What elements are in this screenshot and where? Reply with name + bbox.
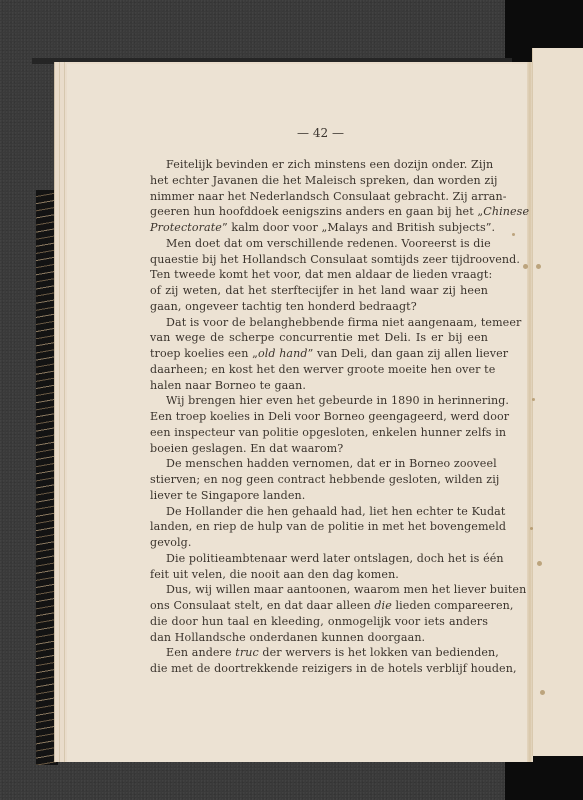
foxing-spot <box>512 233 515 236</box>
text-line: De Hollander die hen gehaald had, liet h… <box>150 504 488 520</box>
text-run: of zij weten, dat het sterftecijfer in h… <box>150 284 488 297</box>
text-run: gevolg. <box>150 536 192 549</box>
foxing-spot <box>536 264 541 269</box>
foxing-spot <box>532 398 535 401</box>
text-run: van wege de scherpe concurrentie met Del… <box>150 331 488 344</box>
text-run: boeien geslagen. En dat waarom? <box>150 442 343 455</box>
text-run: liever te Singapore landen. <box>150 489 305 502</box>
text-line: Dat is voor de belanghebbende firma niet… <box>150 315 488 331</box>
text-run: een inspecteur van politie opgesloten, e… <box>150 426 506 439</box>
page-number: — 42 — <box>29 126 583 140</box>
italic-run: old hand <box>258 347 308 360</box>
text-run: quaestie bij het Hollandsch Consulaat so… <box>150 253 520 266</box>
text-line: halen naar Borneo te gaan. <box>150 378 488 394</box>
text-run: De Hollander die hen gehaald had, liet h… <box>166 505 505 518</box>
text-run: nimmer naar het Nederlandsch Consulaat g… <box>150 190 507 203</box>
text-line: Feitelijk bevinden er zich minstens een … <box>150 157 488 173</box>
text-run: die met de doortrekkende reizigers in de… <box>150 662 517 675</box>
text-run: Ten tweede komt het voor, dat men aldaar… <box>150 268 492 281</box>
text-run: der wervers is het lokken van bedienden, <box>259 646 499 659</box>
foxing-spot <box>537 561 542 566</box>
text-run: Die politieambtenaar werd later ontslage… <box>166 552 504 565</box>
text-run: Een troep koelies in Deli voor Borneo ge… <box>150 410 509 423</box>
text-run: ons Consulaat stelt, en dat daar alleen <box>150 599 374 612</box>
text-run: feit uit velen, die nooit aan den dag ko… <box>150 568 399 581</box>
text-line: daarheen; en kost het den werver groote … <box>150 362 488 378</box>
text-run: ” kalm door voor „Malays and British sub… <box>222 221 495 234</box>
text-line: een inspecteur van politie opgesloten, e… <box>150 425 488 441</box>
text-line: gaan, ongeveer tachtig ten honderd bedra… <box>150 299 488 315</box>
text-line: troep koelies een „old hand” van Deli, d… <box>150 346 488 362</box>
facing-page <box>532 48 583 756</box>
text-run: die door hun taal en kleeding, onmogelij… <box>150 615 488 628</box>
text-line: stierven; en nog geen contract hebbende … <box>150 472 488 488</box>
text-run: lieden compareeren, <box>392 599 514 612</box>
italic-run: truc <box>235 646 259 659</box>
text-line: van wege de scherpe concurrentie met Del… <box>150 330 488 346</box>
text-line: Wij brengen hier even het gebeurde in 18… <box>150 393 488 409</box>
text-run: geeren hun hoofddoek eenigszins anders e… <box>150 205 483 218</box>
text-line: De menschen hadden vernomen, dat er in B… <box>150 456 488 472</box>
text-run: troep koelies een „ <box>150 347 258 360</box>
foxing-spot <box>540 690 545 695</box>
text-line: Een andere truc der wervers is het lokke… <box>150 645 488 661</box>
text-run: Dus, wij willen maar aantoonen, waarom m… <box>166 583 526 596</box>
italic-run: Chinese <box>483 205 529 218</box>
text-run: Een andere <box>166 646 235 659</box>
text-run: Men doet dat om verschillende redenen. V… <box>166 237 491 250</box>
text-run: daarheen; en kost het den werver groote … <box>150 363 495 376</box>
italic-run: Protectorate <box>150 221 222 234</box>
text-line: Die politieambtenaar werd later ontslage… <box>150 551 488 567</box>
text-line: dan Hollandsche onderdanen kunnen doorga… <box>150 630 488 646</box>
text-run: het echter Javanen die het Maleisch spre… <box>150 174 498 187</box>
italic-run: die <box>374 599 392 612</box>
text-line: quaestie bij het Hollandsch Consulaat so… <box>150 252 488 268</box>
text-line: gevolg. <box>150 535 488 551</box>
foxing-spot <box>530 527 533 530</box>
text-line: Protectorate” kalm door voor „Malays and… <box>150 220 488 236</box>
text-line: boeien geslagen. En dat waarom? <box>150 441 488 457</box>
text-run: Feitelijk bevinden er zich minstens een … <box>166 158 493 171</box>
text-line: ons Consulaat stelt, en dat daar alleen … <box>150 598 488 614</box>
text-line: Ten tweede komt het voor, dat men aldaar… <box>150 267 488 283</box>
text-run: landen, en riep de hulp van de politie i… <box>150 520 506 533</box>
foxing-spot <box>523 264 528 269</box>
text-line: die door hun taal en kleeding, onmogelij… <box>150 614 488 630</box>
body-text: Feitelijk bevinden er zich minstens een … <box>150 157 488 677</box>
text-run: ” van Deli, dan gaan zij allen liever <box>308 347 509 360</box>
text-run: stierven; en nog geen contract hebbende … <box>150 473 499 486</box>
text-line: landen, en riep de hulp van de politie i… <box>150 519 488 535</box>
text-run: De menschen hadden vernomen, dat er in B… <box>166 457 497 470</box>
text-line: of zij weten, dat het sterftecijfer in h… <box>150 283 488 299</box>
text-line: feit uit velen, die nooit aan den dag ko… <box>150 567 488 583</box>
text-run: Wij brengen hier even het gebeurde in 18… <box>166 394 509 407</box>
text-line: geeren hun hoofddoek eenigszins anders e… <box>150 204 488 220</box>
text-line: liever te Singapore landen. <box>150 488 488 504</box>
text-line: nimmer naar het Nederlandsch Consulaat g… <box>150 189 488 205</box>
text-run: gaan, ongeveer tachtig ten honderd bedra… <box>150 300 417 313</box>
text-line: Dus, wij willen maar aantoonen, waarom m… <box>150 582 488 598</box>
text-run: dan Hollandsche onderdanen kunnen doorga… <box>150 631 425 644</box>
text-line: Een troep koelies in Deli voor Borneo ge… <box>150 409 488 425</box>
text-line: die met de doortrekkende reizigers in de… <box>150 661 488 677</box>
text-line: Men doet dat om verschillende redenen. V… <box>150 236 488 252</box>
text-line: het echter Javanen die het Maleisch spre… <box>150 173 488 189</box>
text-run: halen naar Borneo te gaan. <box>150 379 306 392</box>
text-run: Dat is voor de belanghebbende firma niet… <box>166 316 521 329</box>
